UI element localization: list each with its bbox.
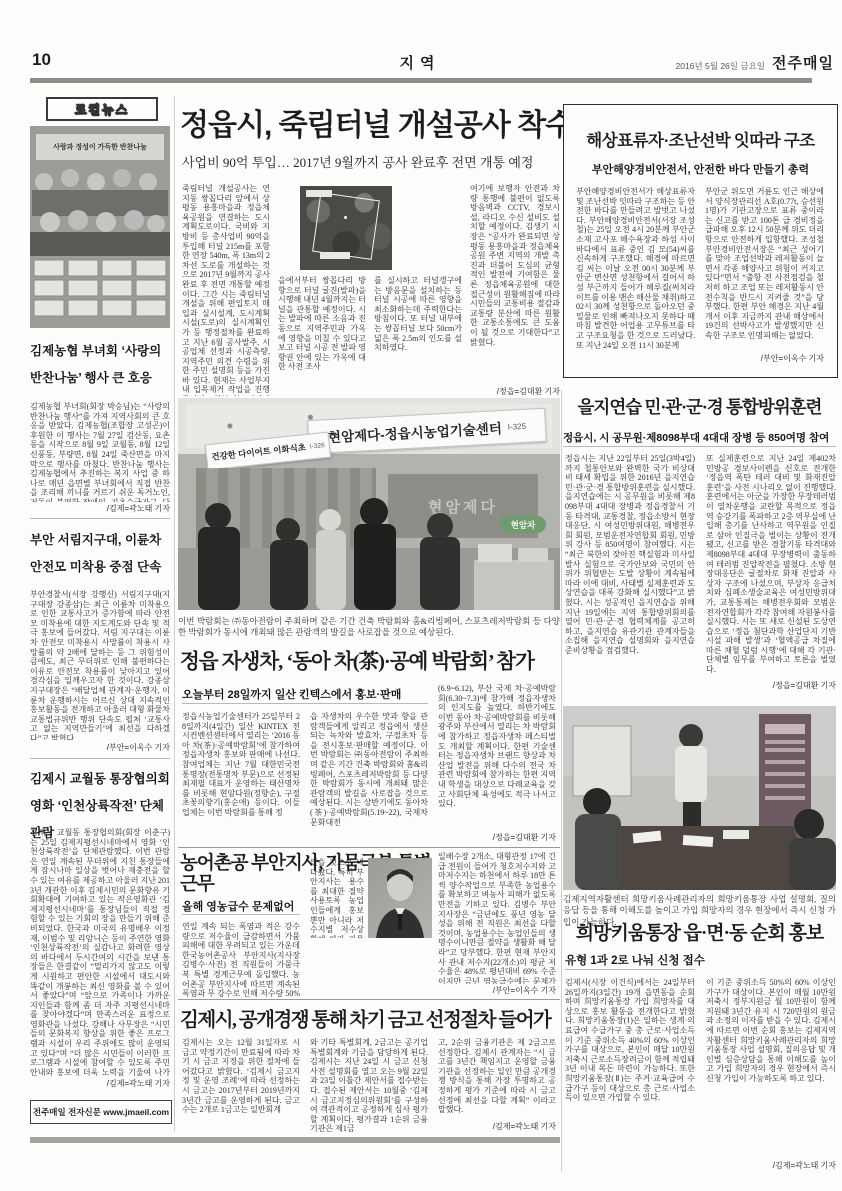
tea-col3: (6.9~6.12), 부산 국제 차·공예박람회(6.30~7.3)에 참가해… <box>438 684 556 830</box>
bank-byline: /김제=곽노태 기자 <box>438 1121 556 1132</box>
rescue-subhead: 부안해양경비안전서, 안전한 바다 만들기 총력 <box>574 161 827 177</box>
booth-sign-main-text: 현암제다-정읍시농업기술센터 <box>327 417 502 446</box>
epaper-footer-box: 전주매일 전자신문 www.jmaeil.com <box>30 1100 172 1124</box>
drought-col2-wrap: 있을 것으로 내다봤다. 특히 부안지사는 용수를 최대한 절약 사용토록 농업… <box>310 858 364 938</box>
left-story2-title-line2: 안전모 미착용 중점 단속 <box>30 554 172 581</box>
photo-banner-text: 사랑과 정성이 가득한 반찬나눔 <box>53 142 147 152</box>
drought-byline: /부안=이옥수 기자 <box>438 985 556 996</box>
tea-bottom-rule <box>178 847 560 848</box>
bank-headline: 김제시, 공개경쟁 통해 차기 금고 선정절차 들어가 <box>180 1004 560 1032</box>
rescue-byline: /부안=이옥수 기자 <box>705 353 824 364</box>
bank-col3: 고, 2순위 금융기관은 제 2금고로 선정한다. 김제시 관계자는 “시 금고… <box>438 1038 556 1120</box>
tea-col2: 읍 자생차의 우수한 맛과 향을 관람객들에게 알리고 정읍에서 생산되는 녹차… <box>310 712 428 842</box>
left-story3-title-line1: 김제시 교월동 통장협의회 <box>30 766 172 793</box>
eulji-subhead: 정읍시, 시 공무원·제8098부대 4대대 장병 등 850여명 참여 <box>563 430 836 445</box>
drought-subhead: 올해 영농급수 문제없어 <box>182 898 312 914</box>
hope-byline: /김제=곽노태 기자 <box>706 1160 836 1171</box>
rescue-col1: 부안해양경비안전서가 해상표류자 및 조난선박 잇따라 구조하는 등 안전한 바… <box>576 187 695 365</box>
local-news-badge-label: 로컬뉴스 <box>75 101 129 118</box>
drought-subhead-rule <box>182 914 300 915</box>
newspaper-page: 10 지역 2016년 5월 26일 금요일 전주매일 로컬뉴스 사랑과 정성이… <box>0 0 842 1191</box>
left-story3-body: 김제시 교월동 통장협의회(회장 이춘구)는 25일 김제지평선시네마에서 영화… <box>30 828 170 1076</box>
left-story2-title-line1: 부안 서림지구대, 이륜차 <box>30 527 172 554</box>
bank-col2: 와 기타 특별회계, 2금고는 공기업특별회계와 기금을 담당하게 된다. 김제… <box>310 1038 428 1132</box>
main-col1: 죽림터널 개설공사는 연지동 쌍꼽다리 앞에서 상평동 용흥마을과 정읍체육공원… <box>182 184 270 396</box>
epaper-footer-text: 전주매일 전자신문 www.jmaeil.com <box>33 1106 169 1118</box>
drought-col3: 일배수장 2개소, 대형관정 17에 긴급 전원이 들어가 청호저수지와 고마저… <box>438 852 556 984</box>
eulji-byline: /정읍=김대환 기자 <box>706 680 836 691</box>
tea-headline: 정읍 자생차, ‘동아 차(茶)·공예 박람회’ 참가 <box>180 644 560 674</box>
vertical-rule-left <box>174 96 175 1132</box>
left-story1-body: 김제농협 부녀회(회장 박승님)는 “사랑의 반찬나눔 행사”를 가져 지역사회… <box>30 402 170 502</box>
tea-subhead-rule <box>182 703 428 704</box>
hope-subhead: 유형 1과 2로 나눠 신청 접수 <box>565 952 765 968</box>
banchan-event-photo: 사랑과 정성이 가득한 반찬나눔 <box>30 126 170 328</box>
left-story1-byline: /김제=곽노태 기자 <box>30 503 170 514</box>
hope-headline: 희망키움통장 읍·면·동 순회 홍보 <box>563 918 836 945</box>
bank-col1: 김제시는 오는 12월 31일자로 시 금고 약정기간이 만료됨에 따라 차기 … <box>182 1038 300 1132</box>
expo-booth-photo: 현암제다-정읍시농업기술센터 I-325 건강한 다이어트 이화식초 I-326… <box>178 398 560 610</box>
tea-col1: 정읍시농업기술센터가 25일부터 28일까지(4일간) 일산 KINTEX 전시… <box>182 712 300 842</box>
main-col4: 여기에 보행자 안전과 차량 통행에 불편이 없도록 방음벽과 CCTV, 경보… <box>470 184 560 384</box>
main-subhead: 사업비 90억 투입… 2017년 9월까지 공사 완료후 전면 개통 예정 <box>182 152 560 171</box>
rescue-box: 해상표류자·조난선박 잇따라 구조 부안해양경비안전서, 안전한 바다 만들기 … <box>563 104 838 378</box>
eulji-col2: 또 실제훈련으로 지난 24일 제402차 민방공 경보사이렌을 신호로 전개한… <box>706 454 836 678</box>
local-news-badge: 로컬뉴스 <box>46 97 158 121</box>
left-story2-body: 부안경찰서(서장 강행신) 서림지구대(지구대장 강종삼)는 최근 이륜차 미착… <box>30 590 170 740</box>
rescue-headline: 해상표류자·조난선박 잇따라 구조 <box>574 127 827 151</box>
left-story1-title-line2: 반찬나눔’ 행사 큰 호응 <box>30 365 172 392</box>
hope-photo-caption: 김제지역자활센터 희망키움사례관리자의 희망키움통장 사업 설명회, 질의응답 … <box>563 894 836 916</box>
tunnel-aerial-map-photo <box>300 186 392 270</box>
issue-date: 2016년 5월 26일 금요일 <box>640 60 765 72</box>
hope-col1: 김제시(시장 이건식)에서는 24일부터 26일까지(3일간) 19개 읍면동을… <box>565 978 695 1172</box>
main-col3: 를 실시하고 터널갱구에는 방음문을 설치하는 등 터널 시공에 따른 영향을 … <box>374 276 462 396</box>
booth-visitors-silhouettes <box>178 490 560 610</box>
section-title: 지역 <box>350 52 490 73</box>
main-headline: 정읍시, 죽림터널 개설공사 착수 <box>180 100 560 144</box>
booth-sign-left-text: 건강한 다이어트 이화식초 <box>211 441 307 463</box>
eulji-subhead-rule <box>563 446 836 447</box>
left-divider-1 <box>30 518 170 519</box>
header-rule <box>30 78 812 83</box>
left-story2-byline: /부안=이옥수 기자 <box>30 742 170 753</box>
booth-sign-left-code: I-326 <box>310 442 325 451</box>
rescue-col2: 부안군 위도면 거륜도 인근 해상에서 양식장관리선 A호(0.77t, 승선원… <box>705 187 824 351</box>
left-story1-title-line1: 김제농협 부녀회 ‘사랑의 <box>30 338 172 365</box>
drought-bottom-rule <box>178 999 560 1000</box>
tea-subhead: 오늘부터 28일까지 일산 킨텍스에서 홍보·판매 <box>182 686 432 702</box>
bottom-rule <box>30 1137 560 1143</box>
main-col2: 을에서부터 쌍꼽다리 방향으로 터널 굴진(발파)을 시행해 내년 4월까지는 … <box>278 276 366 396</box>
tea-byline: /정읍=김대환 기자 <box>438 832 556 843</box>
left-divider-2 <box>30 758 170 759</box>
hope-col2: 이 기준 중위소득 50%의 60% 이상인 가구가 대상이다. 본인이 매월 … <box>706 978 836 1158</box>
hope-briefing-photo <box>563 706 836 890</box>
vertical-rule-right <box>561 390 562 1172</box>
hope-subhead-rule <box>565 969 695 970</box>
eulji-col1: 정읍시는 지난 22일부터 25일(3박4일)까지 철통안보와 완벽한 국가 비… <box>565 454 695 692</box>
drought-col2-below <box>310 942 428 998</box>
booth-sign-main-code: I-325 <box>508 421 527 431</box>
masthead: 전주매일 <box>772 52 834 73</box>
main-byline: /정읍=김대환 기자 <box>470 386 560 397</box>
branch-manager-portrait-photo <box>368 858 432 938</box>
eulji-headline: 을지연습 민·관·군·경 통합방위훈련 <box>563 394 836 419</box>
booth-photo-caption: 이번 박람회는 ㈜동아전람이 주최하며 같은 기간 건축 박람회와 홈&리빙페어… <box>178 616 560 640</box>
left-story3-byline: /김제=곽노태 기자 <box>30 1078 170 1089</box>
banchan-photo-figures <box>30 160 170 328</box>
drought-col1: 연일 계속 되는 폭염과 적은 강수량으로 저수율이 급감하면서 가뭄 피해에 … <box>182 922 300 998</box>
page-number: 10 <box>32 50 51 70</box>
